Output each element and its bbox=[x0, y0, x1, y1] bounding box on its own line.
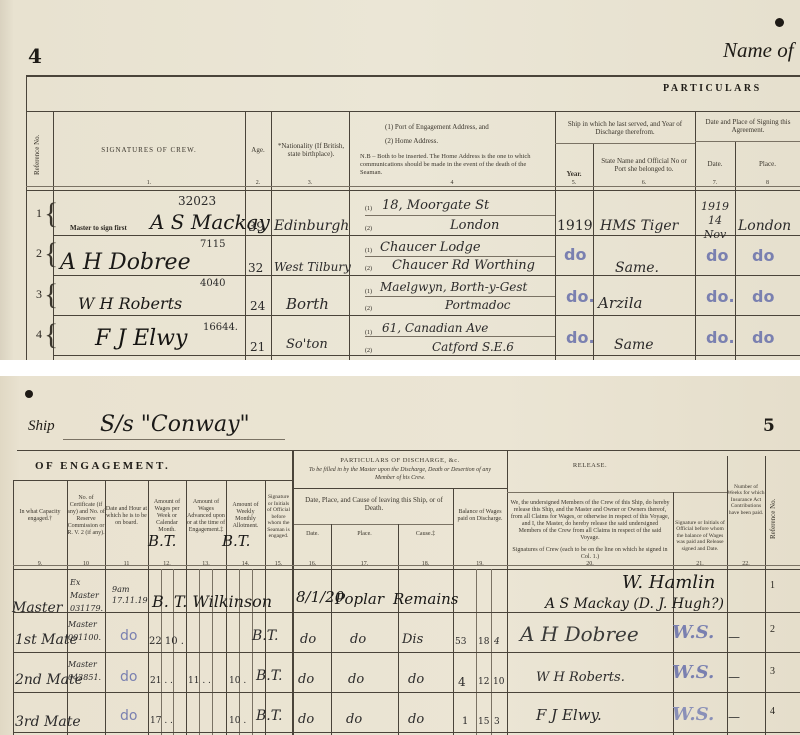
row-3-official-paid: W.S. bbox=[672, 662, 714, 683]
col-header-signing-group: Date and Place of Signing this Agreement… bbox=[698, 116, 798, 136]
col-header-signatures: SIGNATURES OF CREW. bbox=[53, 140, 245, 160]
page-number-right: 5 bbox=[763, 416, 775, 436]
col-header-discharge-cause: Cause.‡ bbox=[398, 526, 453, 542]
row-1-cert-no: 32023 bbox=[178, 194, 216, 208]
row-3-year-stamp: do. bbox=[566, 287, 595, 306]
row-3-weeks: — bbox=[728, 670, 740, 684]
row-4-official-paid: W.S. bbox=[672, 704, 714, 725]
row-3-signature: W H Roberts bbox=[78, 294, 182, 313]
row-3-balance-pounds: 4 bbox=[458, 675, 466, 689]
master-to-sign-label: Master to sign first bbox=[70, 224, 127, 232]
col-header-balance: Balance of Wages paid on Discharge. bbox=[453, 501, 507, 531]
row-1-age: 39 bbox=[248, 220, 265, 235]
col-header-insurance-weeks: Number of Weeks for which Insurance Act … bbox=[727, 460, 765, 540]
row-3-certificate: Master 042851. bbox=[68, 658, 108, 684]
row-3-sign-date-stamp: do. bbox=[706, 287, 735, 306]
discharge-heading: PARTICULARS OF DISCHARGE, &c. bbox=[294, 456, 506, 466]
brace: { bbox=[44, 197, 58, 231]
col-header-age: Age. bbox=[245, 140, 271, 160]
left-page-scan: 4 Name of PARTICULARS Reference No. SIGN… bbox=[0, 0, 800, 360]
row-2-wages: 22 10 . bbox=[149, 636, 184, 647]
row-4-weeks: — bbox=[728, 710, 740, 724]
row-2-certificate: Master 001100. bbox=[68, 618, 108, 644]
row-4-port-address: 61, Canadian Ave bbox=[382, 321, 488, 335]
row-3-on-board-stamp: do bbox=[120, 669, 137, 685]
row-2-discharge-date: do bbox=[300, 632, 316, 647]
ship-name: S/s "Conway" bbox=[100, 412, 250, 437]
row-4-release-signature: F J Elwy. bbox=[536, 706, 602, 724]
release-heading: RELEASE. bbox=[507, 460, 673, 472]
col-header-reference-no: Reference No. bbox=[33, 130, 41, 175]
row-2-discharge-cause: Dis bbox=[402, 632, 423, 647]
binding-hole bbox=[775, 18, 784, 27]
row-2-weeks: — bbox=[728, 630, 740, 644]
row-4-discharge-place: do bbox=[346, 712, 362, 727]
row-1-certificate: Ex Master 031179. bbox=[70, 576, 110, 615]
col-header-last-ship-group: Ship in which he last served, and Year o… bbox=[560, 118, 690, 138]
row-1-discharge-cause: Remains bbox=[393, 590, 459, 608]
row-4-balance-pence: 3 bbox=[494, 717, 500, 727]
row-4-capacity: 3rd Mate bbox=[15, 714, 81, 730]
row-4-official-initials: B.T. bbox=[256, 708, 282, 724]
discharge-group-header: Date, Place, and Cause of leaving this S… bbox=[298, 494, 450, 514]
row-3-port-address: Maelgwyn, Borth-y-Gest bbox=[380, 280, 527, 294]
row-1-year: 1919 bbox=[557, 218, 593, 234]
row-2-age: 32 bbox=[248, 261, 263, 275]
col-header-place: Place. bbox=[735, 158, 800, 170]
col-header-port-address: (1) Port of Engagement Address, and bbox=[355, 122, 551, 132]
col-header-ship-name: State Name and Official No or Port she b… bbox=[596, 155, 692, 175]
row-1-last-ship: HMS Tiger bbox=[600, 218, 678, 234]
binding-hole bbox=[25, 390, 33, 398]
right-page-scan: Ship S/s "Conway" 5 OF ENGAGEMENT. PARTI… bbox=[0, 376, 800, 735]
row-3-discharge-date: do bbox=[298, 672, 314, 687]
row-4-signature: F J Elwy bbox=[95, 326, 187, 351]
row-2-official-paid: W.S. bbox=[672, 622, 714, 643]
row-4-ref: 4 bbox=[36, 327, 42, 342]
row-2-balance-pence: 4 bbox=[494, 637, 500, 647]
row-4-cert-no: 16644. bbox=[203, 322, 238, 333]
col-header-nationality: *Nationality (If British, state birthpla… bbox=[275, 135, 347, 165]
row-2-ref-right: 2 bbox=[770, 624, 775, 635]
row-4-year-stamp: do. bbox=[566, 328, 595, 347]
row-3-age: 24 bbox=[250, 299, 265, 313]
row-3-balance-pence: 10 bbox=[493, 677, 504, 687]
row-1-port-address: 18, Moorgate St bbox=[382, 198, 489, 213]
row-3-balance-shillings: 12 bbox=[478, 677, 489, 687]
row-4-balance-shillings: 15 bbox=[478, 717, 489, 727]
col-header-home-address: (2) Home Address. bbox=[355, 136, 551, 146]
row-3-ref-right: 3 bbox=[770, 666, 775, 677]
row-2-official-initials: B.T. bbox=[252, 628, 278, 644]
row-3-nationality: Borth bbox=[286, 295, 329, 313]
row-3-ref: 3 bbox=[36, 287, 42, 302]
row-4-wages: 17 . . bbox=[150, 716, 173, 726]
row-1-on-board: 9am 17.11.19 bbox=[112, 584, 148, 606]
row-4-age: 21 bbox=[250, 340, 265, 354]
release-signature-instruction: Signatures of Crew (each to be on the li… bbox=[510, 546, 670, 562]
discharge-subheading: To be filled in by the Master upon the D… bbox=[300, 466, 500, 482]
page-title-fragment: Name of bbox=[723, 38, 794, 63]
row-4-sign-date-stamp: do. bbox=[706, 328, 735, 347]
col-header-year: Year. bbox=[555, 168, 593, 180]
row-2-release-signature: A H Dobree bbox=[520, 622, 639, 646]
page-number-left: 4 bbox=[28, 44, 42, 68]
row-2-home-address: Chaucer Rd Worthing bbox=[392, 258, 535, 273]
row-1-official-signature: B. T. Wilkinson bbox=[152, 592, 272, 611]
row-1-ref: 1 bbox=[36, 206, 42, 221]
row-4-sign-place-stamp: do bbox=[752, 328, 774, 347]
col-header-official-engaged: Signature or Initials of Official before… bbox=[265, 482, 292, 552]
row-2-balance-pounds: 53 bbox=[455, 637, 466, 647]
row-2-sign-date-stamp: do bbox=[706, 246, 728, 265]
row-2-port-address: Chaucer Lodge bbox=[380, 240, 481, 255]
row-3-discharge-cause: do bbox=[408, 672, 424, 687]
row-3-home-address: Portmadoc bbox=[445, 298, 511, 312]
row-4-on-board-stamp: do bbox=[120, 708, 137, 724]
row-2-balance-shillings: 18 bbox=[478, 637, 489, 647]
row-3-release-signature: W H Roberts. bbox=[536, 670, 625, 685]
row-2-signature: A H Dobree bbox=[60, 250, 191, 275]
row-3-official-initials: B.T. bbox=[256, 668, 282, 684]
row-2-last-ship: Same. bbox=[615, 260, 659, 276]
row-1-home-address: London bbox=[450, 218, 499, 233]
ship-label: Ship bbox=[28, 418, 55, 435]
col-header-discharge-date: Date. bbox=[294, 526, 331, 542]
row-2-sign-place-stamp: do bbox=[752, 246, 774, 265]
col-header-wages: Amount of Wages per Week or Calendar Mon… bbox=[148, 496, 186, 536]
release-text: We, the undersigned Members of the Crew … bbox=[510, 498, 670, 544]
row-4-balance-pounds: 1 bbox=[462, 716, 468, 727]
col-header-discharge-place: Place. bbox=[331, 526, 398, 542]
col-header-on-board: Date and Hour at which he is to be on bo… bbox=[105, 496, 148, 536]
row-2-ref: 2 bbox=[36, 246, 42, 261]
row-1-ref-right: 1 bbox=[770, 580, 775, 591]
header-initials-wages: B.T. bbox=[148, 532, 176, 550]
col-header-official-paid: Signature or Initials of Official before… bbox=[675, 504, 725, 568]
row-3-discharge-place: do bbox=[348, 672, 364, 687]
row-2-cert-no: 7115 bbox=[200, 239, 225, 250]
row-1-sign-place: London bbox=[738, 218, 791, 234]
header-initials-allotment: B.T. bbox=[222, 532, 250, 550]
row-4-ref-right: 4 bbox=[770, 706, 775, 717]
row-1-nationality: Edinburgh bbox=[274, 218, 349, 234]
row-4-allotment: 10 . bbox=[229, 716, 246, 726]
row-4-last-ship: Same bbox=[614, 337, 654, 353]
section-heading-engagement: OF ENGAGEMENT. bbox=[35, 460, 170, 472]
section-heading-particulars: PARTICULARS bbox=[663, 83, 762, 94]
row-2-year-stamp: do bbox=[564, 245, 586, 264]
col-header-date: Date. bbox=[695, 158, 735, 170]
row-4-discharge-date: do bbox=[298, 712, 314, 727]
row-1-official-paid: W. Hamlin bbox=[622, 572, 715, 593]
col-header-wages-advanced: Amount of Wages Advanced upon or at the … bbox=[186, 486, 226, 546]
col-header-allotment: Amount of Weekly Monthly Allotment. bbox=[226, 496, 265, 536]
row-3-advanced: 11 . . bbox=[188, 676, 211, 686]
row-4-nationality: So'ton bbox=[286, 337, 328, 352]
row-2-on-board-stamp: do bbox=[120, 628, 137, 644]
row-3-allotment: 10 . bbox=[229, 676, 246, 686]
row-1-discharge-place: Poplar bbox=[335, 590, 384, 608]
col-header-capacity: In what Capacity engaged.† bbox=[13, 496, 67, 536]
row-2-discharge-place: do bbox=[350, 632, 366, 647]
row-1-capacity: Master bbox=[12, 600, 62, 616]
col-header-certificate: No. of Certificate (if any) and No. of R… bbox=[67, 486, 105, 546]
col-header-reference-no-right: Reference No. bbox=[769, 494, 777, 539]
row-1-release-signature: A S Mackay (D. J. Hugh?) bbox=[545, 596, 724, 612]
row-3-wages: 21 . . bbox=[150, 676, 173, 686]
row-3-sign-place-stamp: do bbox=[752, 287, 774, 306]
row-1-sign-date: 1919 14 Nov bbox=[697, 200, 733, 242]
row-4-discharge-cause: do bbox=[408, 712, 424, 727]
row-3-cert-no: 4040 bbox=[200, 278, 225, 289]
col-header-address-note: N.B – Both to be inserted. The Home Addr… bbox=[360, 152, 550, 178]
row-3-last-ship: Arzila bbox=[598, 294, 642, 312]
row-2-nationality: West Tilbury bbox=[274, 260, 351, 274]
row-4-home-address: Catford S.E.6 bbox=[432, 340, 514, 354]
